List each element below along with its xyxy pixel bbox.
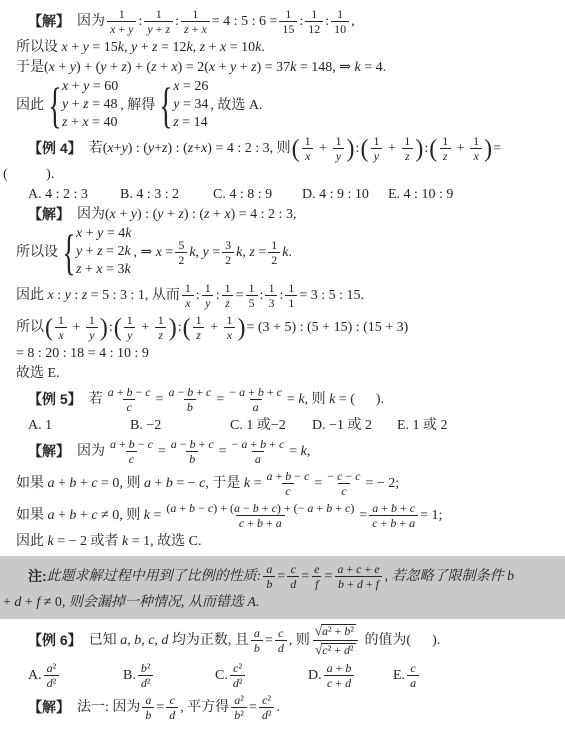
equation-system: {x + y = 4ky + z = 2kz + x = 3k bbox=[60, 225, 131, 279]
denominator: z bbox=[193, 327, 204, 342]
denominator: y bbox=[86, 327, 97, 342]
example-heading: 【例 5】 若a + b − cc=a − b + cb=− a + b + c… bbox=[0, 384, 565, 415]
open-paren-icon: ( bbox=[114, 315, 122, 340]
fraction: 1z bbox=[439, 134, 451, 163]
denominator: 10 bbox=[331, 21, 349, 36]
options-row: A. 4 : 2 : 3B. 4 : 3 : 2C. 4 : 8 : 9D. 4… bbox=[0, 185, 565, 204]
example-heading: 【例 4】 若(x+y) : (y+z) : (z+x) = 4 : 2 : 3… bbox=[0, 133, 565, 164]
text-run: D. 4 : 9 : 10 bbox=[302, 185, 369, 204]
fraction: 12 bbox=[268, 238, 280, 267]
numerator: a + b − c bbox=[105, 385, 154, 399]
numerator: 1 bbox=[224, 313, 236, 327]
math-run: (x+y) : (y+z) : (z+x) = 4 : 2 : 3 bbox=[103, 139, 270, 158]
fraction: a²d² bbox=[44, 661, 60, 690]
numerator: 1 bbox=[308, 7, 320, 21]
bold-label: 【解】 bbox=[28, 205, 70, 224]
numerator: 1 bbox=[302, 134, 314, 148]
answer-option: B. −2 bbox=[130, 416, 230, 435]
text-run: , 则 bbox=[270, 139, 291, 158]
text-run: 于是 bbox=[16, 58, 44, 77]
fraction: a²b² bbox=[231, 693, 247, 722]
math-run: b bbox=[507, 567, 514, 586]
fraction: a + b − cc bbox=[263, 469, 312, 498]
open-paren-icon: ( bbox=[429, 136, 437, 161]
solution-line: 【解】 因为1x + y:1y + z:1z + x= 4 : 5 : 6 =1… bbox=[0, 6, 565, 37]
denominator: b bbox=[186, 451, 198, 466]
math-run: x + y = 15k, y + z = 12k, z + x = 10k. bbox=[62, 38, 265, 57]
denominator: 12 bbox=[305, 21, 323, 36]
math-run: = bbox=[359, 506, 367, 525]
math-run: : bbox=[216, 286, 220, 305]
bold-label: 【解】 bbox=[28, 442, 70, 461]
text-run: , 解得 bbox=[120, 96, 155, 115]
text-run: 若 bbox=[82, 139, 103, 158]
fraction: ab bbox=[142, 693, 154, 722]
equation: y = 34 bbox=[173, 96, 208, 114]
numerator: a − b + c bbox=[165, 385, 214, 399]
math-run: = bbox=[301, 567, 309, 586]
text-run: , 故选 A. bbox=[210, 96, 262, 115]
fraction: 1y bbox=[124, 313, 136, 342]
fraction: 11 bbox=[285, 281, 297, 310]
fraction: 1z bbox=[222, 281, 234, 310]
math-run: x : y : z = 5 : 3 : 1 bbox=[48, 286, 145, 305]
math-run: = bbox=[236, 286, 244, 305]
fraction: 1z bbox=[155, 313, 167, 342]
numerator: 1 bbox=[401, 134, 413, 148]
equation: z + x = 40 bbox=[62, 114, 118, 132]
denominator: b bbox=[263, 576, 275, 591]
math-text-line: 因此 x : y : z = 5 : 3 : 1, 从而1x:1y:1z=15:… bbox=[0, 280, 565, 311]
denominator: b + d + f bbox=[335, 576, 382, 591]
math-run: , bbox=[351, 12, 355, 31]
denominator: a bbox=[250, 399, 262, 414]
math-run: , ⇒ x = bbox=[133, 243, 173, 262]
text-run: B. −2 bbox=[130, 416, 161, 435]
denominator: x bbox=[470, 148, 481, 163]
equation-rows: x + y = 4ky + z = 2kz + x = 3k bbox=[76, 225, 131, 279]
numerator: 1 bbox=[124, 313, 136, 327]
answer-option: E. 4 : 10 : 9 bbox=[388, 185, 453, 204]
options-row: A. 1B. −2C. 1 或−2D. −1 或 2E. 1 或 2 bbox=[0, 416, 565, 435]
text-run: 均为正数, 且 bbox=[168, 631, 249, 650]
math-run: : bbox=[138, 12, 142, 31]
fraction: 1z bbox=[193, 313, 205, 342]
denominator: z + x bbox=[181, 21, 210, 36]
fraction: a + c + eb + d + f bbox=[334, 562, 382, 591]
denominator: 1 bbox=[285, 295, 297, 310]
fraction: ab bbox=[251, 626, 263, 655]
equation-rows: x = 26y = 34z = 14 bbox=[173, 78, 208, 132]
text-run: , 故选 C. bbox=[150, 532, 201, 551]
denominator: z bbox=[440, 148, 451, 163]
numerator: c² bbox=[230, 661, 245, 675]
math-run: a + b + c ≠ 0 bbox=[48, 506, 120, 525]
math-run: = bbox=[158, 442, 166, 461]
solution-line: 【解】 因为a + b − cc=a − b + cb=− a + b + ca… bbox=[0, 436, 565, 467]
text-run: , 于是 bbox=[205, 474, 244, 493]
note-text-run: 此题求解过程中用到了比例的性质: bbox=[47, 567, 262, 586]
numerator: 1 bbox=[370, 134, 382, 148]
math-run: : bbox=[175, 12, 179, 31]
numerator: 1 bbox=[285, 281, 297, 295]
numerator: 1 bbox=[116, 7, 128, 21]
bold-label: 注: bbox=[28, 567, 47, 586]
math-run: = bbox=[156, 698, 164, 717]
fraction: 1x bbox=[182, 281, 194, 310]
math-run: . bbox=[276, 698, 280, 717]
numerator: a − b + c bbox=[168, 437, 217, 451]
solution-line: 【解】 法一: 因为ab=cd, 平方得a²b²=c²d². bbox=[0, 692, 565, 723]
text-run: 所以设 bbox=[16, 243, 58, 262]
close-paren-icon: ) bbox=[238, 315, 246, 340]
numerator: − a + b + c bbox=[229, 437, 288, 451]
math-run: = − 2; bbox=[366, 474, 400, 493]
fraction: 112 bbox=[305, 7, 323, 36]
text-run: 如果 bbox=[16, 506, 48, 525]
math-text-line: 如果 a + b + c = 0, 则 a + b = − c, 于是 k =a… bbox=[0, 468, 565, 499]
fraction: 13 bbox=[265, 281, 277, 310]
math-text-line: 于是(x + y) + (y + z) + (z + x) = 2(x + y … bbox=[0, 58, 565, 77]
equation-system-line: 所以设{x + y = 4ky + z = 2kz + x = 3k, ⇒ x … bbox=[0, 225, 565, 279]
math-run: k. bbox=[282, 243, 292, 262]
text-run: 的值为( ). bbox=[361, 631, 440, 650]
text-run: 所以 bbox=[16, 318, 44, 337]
math-run: = k bbox=[287, 390, 305, 409]
bold-label: 【例 6】 bbox=[28, 631, 82, 650]
numerator: b² bbox=[138, 661, 154, 675]
answer-option: C. 4 : 8 : 9 bbox=[213, 185, 302, 204]
denominator: d bbox=[287, 576, 299, 591]
text-run: 因为 bbox=[70, 12, 105, 31]
answer-option: E.ca bbox=[393, 660, 421, 691]
numerator: 1 bbox=[282, 7, 294, 21]
numerator: a + c + e bbox=[334, 562, 382, 576]
denominator: z bbox=[155, 327, 166, 342]
fraction: 1y bbox=[202, 281, 214, 310]
math-run: = (3 + 5) : (5 + 15) : (15 + 3) bbox=[247, 318, 409, 337]
denominator: y bbox=[333, 148, 344, 163]
note-text-run: , 则会漏掉一种情况, 从而错选 A. bbox=[62, 593, 260, 612]
bold-label: 【例 4】 bbox=[28, 139, 82, 158]
denominator: b bbox=[142, 707, 154, 722]
denominator: 3 bbox=[265, 295, 277, 310]
numerator: 1 bbox=[55, 313, 67, 327]
math-run: a + b = − c bbox=[144, 474, 205, 493]
denominator: c + b + a bbox=[236, 515, 285, 530]
denominator: x bbox=[182, 295, 193, 310]
denominator: y + z bbox=[144, 21, 173, 36]
fraction: a + b − cc bbox=[105, 385, 154, 414]
denominator: d bbox=[166, 707, 178, 722]
math-run: : bbox=[109, 318, 113, 337]
denominator: d² bbox=[44, 675, 60, 690]
denominator: c bbox=[126, 451, 137, 466]
text-run: C. 4 : 8 : 9 bbox=[213, 185, 272, 204]
close-paren-icon: ) bbox=[100, 315, 108, 340]
fraction: a − b + cb bbox=[165, 385, 214, 414]
numerator: 1 bbox=[202, 281, 214, 295]
denominator: 15 bbox=[279, 21, 297, 36]
denominator: z bbox=[222, 295, 233, 310]
numerator: a bbox=[263, 562, 275, 576]
numerator: 1 bbox=[246, 281, 258, 295]
fraction: 110 bbox=[331, 7, 349, 36]
document-page: 【解】 因为1x + y:1y + z:1z + x= 4 : 5 : 6 =1… bbox=[0, 0, 565, 723]
text-run: B. bbox=[123, 666, 136, 685]
radical-fraction: √a² + b²√c² + d² bbox=[313, 623, 358, 658]
math-run: = bbox=[314, 474, 322, 493]
numerator: 1 bbox=[268, 238, 280, 252]
text-run: 已知 bbox=[82, 631, 121, 650]
close-paren-icon: ) bbox=[169, 315, 177, 340]
close-paren-icon: ) bbox=[415, 136, 423, 161]
text-run: 因为 bbox=[70, 442, 105, 461]
math-run: + d + f ≠ 0 bbox=[3, 593, 62, 612]
denominator: c bbox=[282, 483, 293, 498]
fraction: a + b + cc + b + a bbox=[369, 501, 418, 530]
radicand: a² + b² bbox=[321, 624, 356, 638]
equation: z = 14 bbox=[173, 114, 208, 132]
answer-option: D. 4 : 9 : 10 bbox=[302, 185, 388, 204]
paren-fraction-group: (1y + 1z) bbox=[114, 312, 177, 343]
numerator: 5 bbox=[175, 238, 187, 252]
math-run: = 4 : 5 : 6 = bbox=[212, 12, 278, 31]
fraction: 1x + y bbox=[107, 7, 136, 36]
text-run: 如果 bbox=[16, 474, 48, 493]
math-text-line: 所以设 x + y = 15k, y + z = 12k, z + x = 10… bbox=[0, 38, 565, 57]
note-line: 注:此题求解过程中用到了比例的性质:ab=cd=ef=a + c + eb + … bbox=[0, 561, 565, 592]
equation: y + z = 48 bbox=[62, 96, 118, 114]
math-text-line: = 8 : 20 : 18 = 4 : 10 : 9 bbox=[0, 344, 565, 363]
text-run: , 则 bbox=[289, 631, 310, 650]
fraction: 1z bbox=[401, 134, 413, 163]
note-line: + d + f ≠ 0, 则会漏掉一种情况, 从而错选 A. bbox=[0, 593, 565, 612]
numerator: 1 bbox=[182, 281, 194, 295]
denominator: d² bbox=[230, 675, 246, 690]
math-run: k, y = bbox=[189, 243, 220, 262]
numerator: a + b + c bbox=[369, 501, 418, 515]
text-run: , 从而 bbox=[145, 286, 180, 305]
paren-fraction-group: (1z + 1x) bbox=[429, 133, 492, 164]
fraction: − c − cc bbox=[324, 469, 363, 498]
numerator: √a² + b² bbox=[313, 623, 358, 640]
note-block: 注:此题求解过程中用到了比例的性质:ab=cd=ef=a + c + eb + … bbox=[0, 556, 565, 619]
numerator: − c − c bbox=[324, 469, 363, 483]
denominator: 2 bbox=[268, 252, 280, 267]
math-run: k = ( ). bbox=[329, 390, 384, 409]
text-run: 若 bbox=[82, 390, 103, 409]
answer-option: C.c²d² bbox=[215, 660, 308, 691]
numerator: a bbox=[251, 626, 263, 640]
denominator: b bbox=[251, 640, 263, 655]
equation: x = 26 bbox=[173, 78, 208, 96]
fraction: (a + b − c) + (a − b + c) + (− a + b + c… bbox=[163, 501, 357, 530]
answer-blank-line: ( ). bbox=[0, 165, 565, 184]
math-run: k, z = bbox=[236, 243, 266, 262]
math-run: = bbox=[265, 631, 273, 650]
text-run: 所以设 bbox=[16, 38, 62, 57]
text-run: A. bbox=[28, 666, 42, 685]
text-run: 故选 E. bbox=[16, 364, 60, 383]
equation-system-line: 因此{x + y = 60y + z = 48z + x = 40, 解得{x … bbox=[0, 78, 565, 132]
math-run: = bbox=[324, 567, 332, 586]
numerator: 1 bbox=[222, 281, 234, 295]
denominator: 5 bbox=[246, 295, 258, 310]
left-brace-icon: { bbox=[160, 80, 173, 130]
math-run: = bbox=[277, 567, 285, 586]
denominator: x + y bbox=[107, 21, 136, 36]
equation: x + y = 4k bbox=[76, 225, 131, 243]
math-run: = bbox=[493, 139, 501, 158]
fraction: − a + b + ca bbox=[229, 437, 288, 466]
equation-system: {x = 26y = 34z = 14 bbox=[157, 78, 208, 132]
fraction: a + bc + d bbox=[324, 661, 355, 690]
answer-choice-line: 因此 k = − 2 或者 k = 1, 故选 C. bbox=[0, 532, 565, 551]
plus-sign: + bbox=[384, 139, 399, 158]
numerator: 1 bbox=[155, 313, 167, 327]
answer-option: A.a²d² bbox=[28, 660, 123, 691]
equation: y + z = 2k bbox=[76, 243, 131, 261]
fraction: 1y bbox=[86, 313, 98, 342]
bold-label: 【解】 bbox=[28, 698, 70, 717]
text-run: A. 4 : 2 : 3 bbox=[28, 185, 88, 204]
radical: √c² + d² bbox=[315, 643, 355, 657]
fraction: cd bbox=[275, 626, 287, 655]
text-run: 或者 bbox=[87, 532, 122, 551]
text-run: C. bbox=[215, 666, 228, 685]
textbook-page: { "page": { "background": "#ffffff", "te… bbox=[0, 0, 565, 730]
numerator: 1 bbox=[333, 134, 345, 148]
answer-option: B. 4 : 3 : 2 bbox=[120, 185, 213, 204]
fraction: cd bbox=[166, 693, 178, 722]
denominator: √c² + d² bbox=[313, 640, 357, 658]
numerator: c² bbox=[259, 693, 274, 707]
math-run: k = 1 bbox=[122, 532, 150, 551]
text-run: E. bbox=[393, 666, 405, 685]
numerator: c bbox=[275, 626, 286, 640]
numerator: 1 bbox=[153, 7, 165, 21]
math-run: = 3 : 5 : 15. bbox=[299, 286, 364, 305]
fraction: c²d² bbox=[259, 693, 275, 722]
numerator: a + b − c bbox=[107, 437, 156, 451]
numerator: 1 bbox=[86, 313, 98, 327]
math-run: : bbox=[178, 318, 182, 337]
text-run: E. 1 或 2 bbox=[397, 416, 448, 435]
text-run: 法一: 因为 bbox=[70, 698, 140, 717]
math-run: = bbox=[219, 442, 227, 461]
fraction: 1y + z bbox=[144, 7, 173, 36]
text-run: D. bbox=[308, 666, 322, 685]
radicand: c² + d² bbox=[321, 643, 355, 657]
text-run: 因此 bbox=[16, 532, 48, 551]
numerator: 1 bbox=[189, 7, 201, 21]
close-paren-icon: ) bbox=[347, 136, 355, 161]
math-run: a + b + c = 0 bbox=[48, 474, 120, 493]
text-run: C. 1 或−2 bbox=[230, 416, 286, 435]
math-run: : bbox=[299, 12, 303, 31]
denominator: x bbox=[224, 327, 235, 342]
denominator: z bbox=[402, 148, 413, 163]
fraction: a + b − cc bbox=[107, 437, 156, 466]
fraction: ef bbox=[311, 562, 322, 591]
answer-option: C. 1 或−2 bbox=[230, 416, 312, 435]
denominator: c + b + a bbox=[369, 515, 418, 530]
math-run: : bbox=[356, 139, 360, 158]
math-run: (x + y) : (y + z) : (z + x) = 4 : 2 : 3, bbox=[105, 205, 296, 224]
numerator: 1 bbox=[334, 7, 346, 21]
numerator: 1 bbox=[470, 134, 482, 148]
math-run: : bbox=[279, 286, 283, 305]
numerator: 1 bbox=[439, 134, 451, 148]
example-heading: 【例 6】 已知 a, b, c, d 均为正数, 且ab=cd, 则√a² +… bbox=[0, 622, 565, 659]
denominator: 2 bbox=[175, 252, 187, 267]
text-run: D. −1 或 2 bbox=[312, 416, 372, 435]
text-run: 因此 bbox=[16, 96, 44, 115]
close-paren-icon: ) bbox=[484, 136, 492, 161]
text-run: , 则 bbox=[119, 474, 144, 493]
math-run: : bbox=[325, 12, 329, 31]
answer-option: E. 1 或 2 bbox=[397, 416, 448, 435]
fraction: ca bbox=[407, 661, 419, 690]
numerator: 3 bbox=[222, 238, 234, 252]
denominator: x bbox=[302, 148, 313, 163]
fraction: a − b + cb bbox=[168, 437, 217, 466]
equation-rows: x + y = 60y + z = 48z + x = 40 bbox=[62, 78, 118, 132]
equation-system: {x + y = 60y + z = 48z + x = 40 bbox=[46, 78, 118, 132]
fraction: 1x bbox=[224, 313, 236, 342]
fraction: − a + b + ca bbox=[226, 385, 285, 414]
open-paren-icon: ( bbox=[45, 315, 53, 340]
denominator: d² bbox=[259, 707, 275, 722]
text-run: B. 4 : 3 : 2 bbox=[120, 185, 179, 204]
denominator: d bbox=[275, 640, 287, 655]
math-run: (x + y) + (y + z) + (z + x) = 2(x + y + … bbox=[44, 58, 386, 77]
bold-label: 【例 5】 bbox=[28, 390, 82, 409]
fraction: 1y bbox=[333, 134, 345, 163]
math-run: = k, bbox=[289, 442, 310, 461]
denominator: 2 bbox=[222, 252, 234, 267]
denominator: c + d bbox=[324, 675, 354, 690]
note-text-run: , 若忽略了限制条件 bbox=[385, 567, 508, 586]
answer-option: A. 1 bbox=[28, 416, 130, 435]
math-run: k = bbox=[244, 474, 262, 493]
fraction: 1y bbox=[370, 134, 382, 163]
fraction: 1z + x bbox=[181, 7, 210, 36]
denominator: a bbox=[407, 675, 419, 690]
math-run: : bbox=[424, 139, 428, 158]
fraction: c²d² bbox=[230, 661, 246, 690]
options-row: A.a²d²B.b²d²C.c²d²D.a + bc + dE.ca bbox=[0, 660, 565, 691]
denominator: d² bbox=[138, 675, 154, 690]
solution-line: 【解】 因为(x + y) : (y + z) : (z + x) = 4 : … bbox=[0, 205, 565, 224]
answer-option: A. 4 : 2 : 3 bbox=[28, 185, 120, 204]
numerator: a bbox=[142, 693, 154, 707]
plus-sign: + bbox=[316, 139, 331, 158]
math-run: : bbox=[196, 286, 200, 305]
paren-fraction-group: (1z + 1x) bbox=[183, 312, 246, 343]
open-paren-icon: ( bbox=[360, 136, 368, 161]
math-run: = 8 : 20 : 18 = 4 : 10 : 9 bbox=[16, 344, 149, 363]
math-run: : bbox=[260, 286, 264, 305]
denominator: b bbox=[184, 399, 196, 414]
math-text-line: 所以(1x + 1y):(1y + 1z):(1z + 1x)= (3 + 5)… bbox=[0, 312, 565, 343]
fraction: b²d² bbox=[138, 661, 154, 690]
math-run: k = bbox=[144, 506, 162, 525]
plus-sign: + bbox=[207, 318, 222, 337]
text-run: , 则 bbox=[305, 390, 330, 409]
numerator: e bbox=[311, 562, 322, 576]
